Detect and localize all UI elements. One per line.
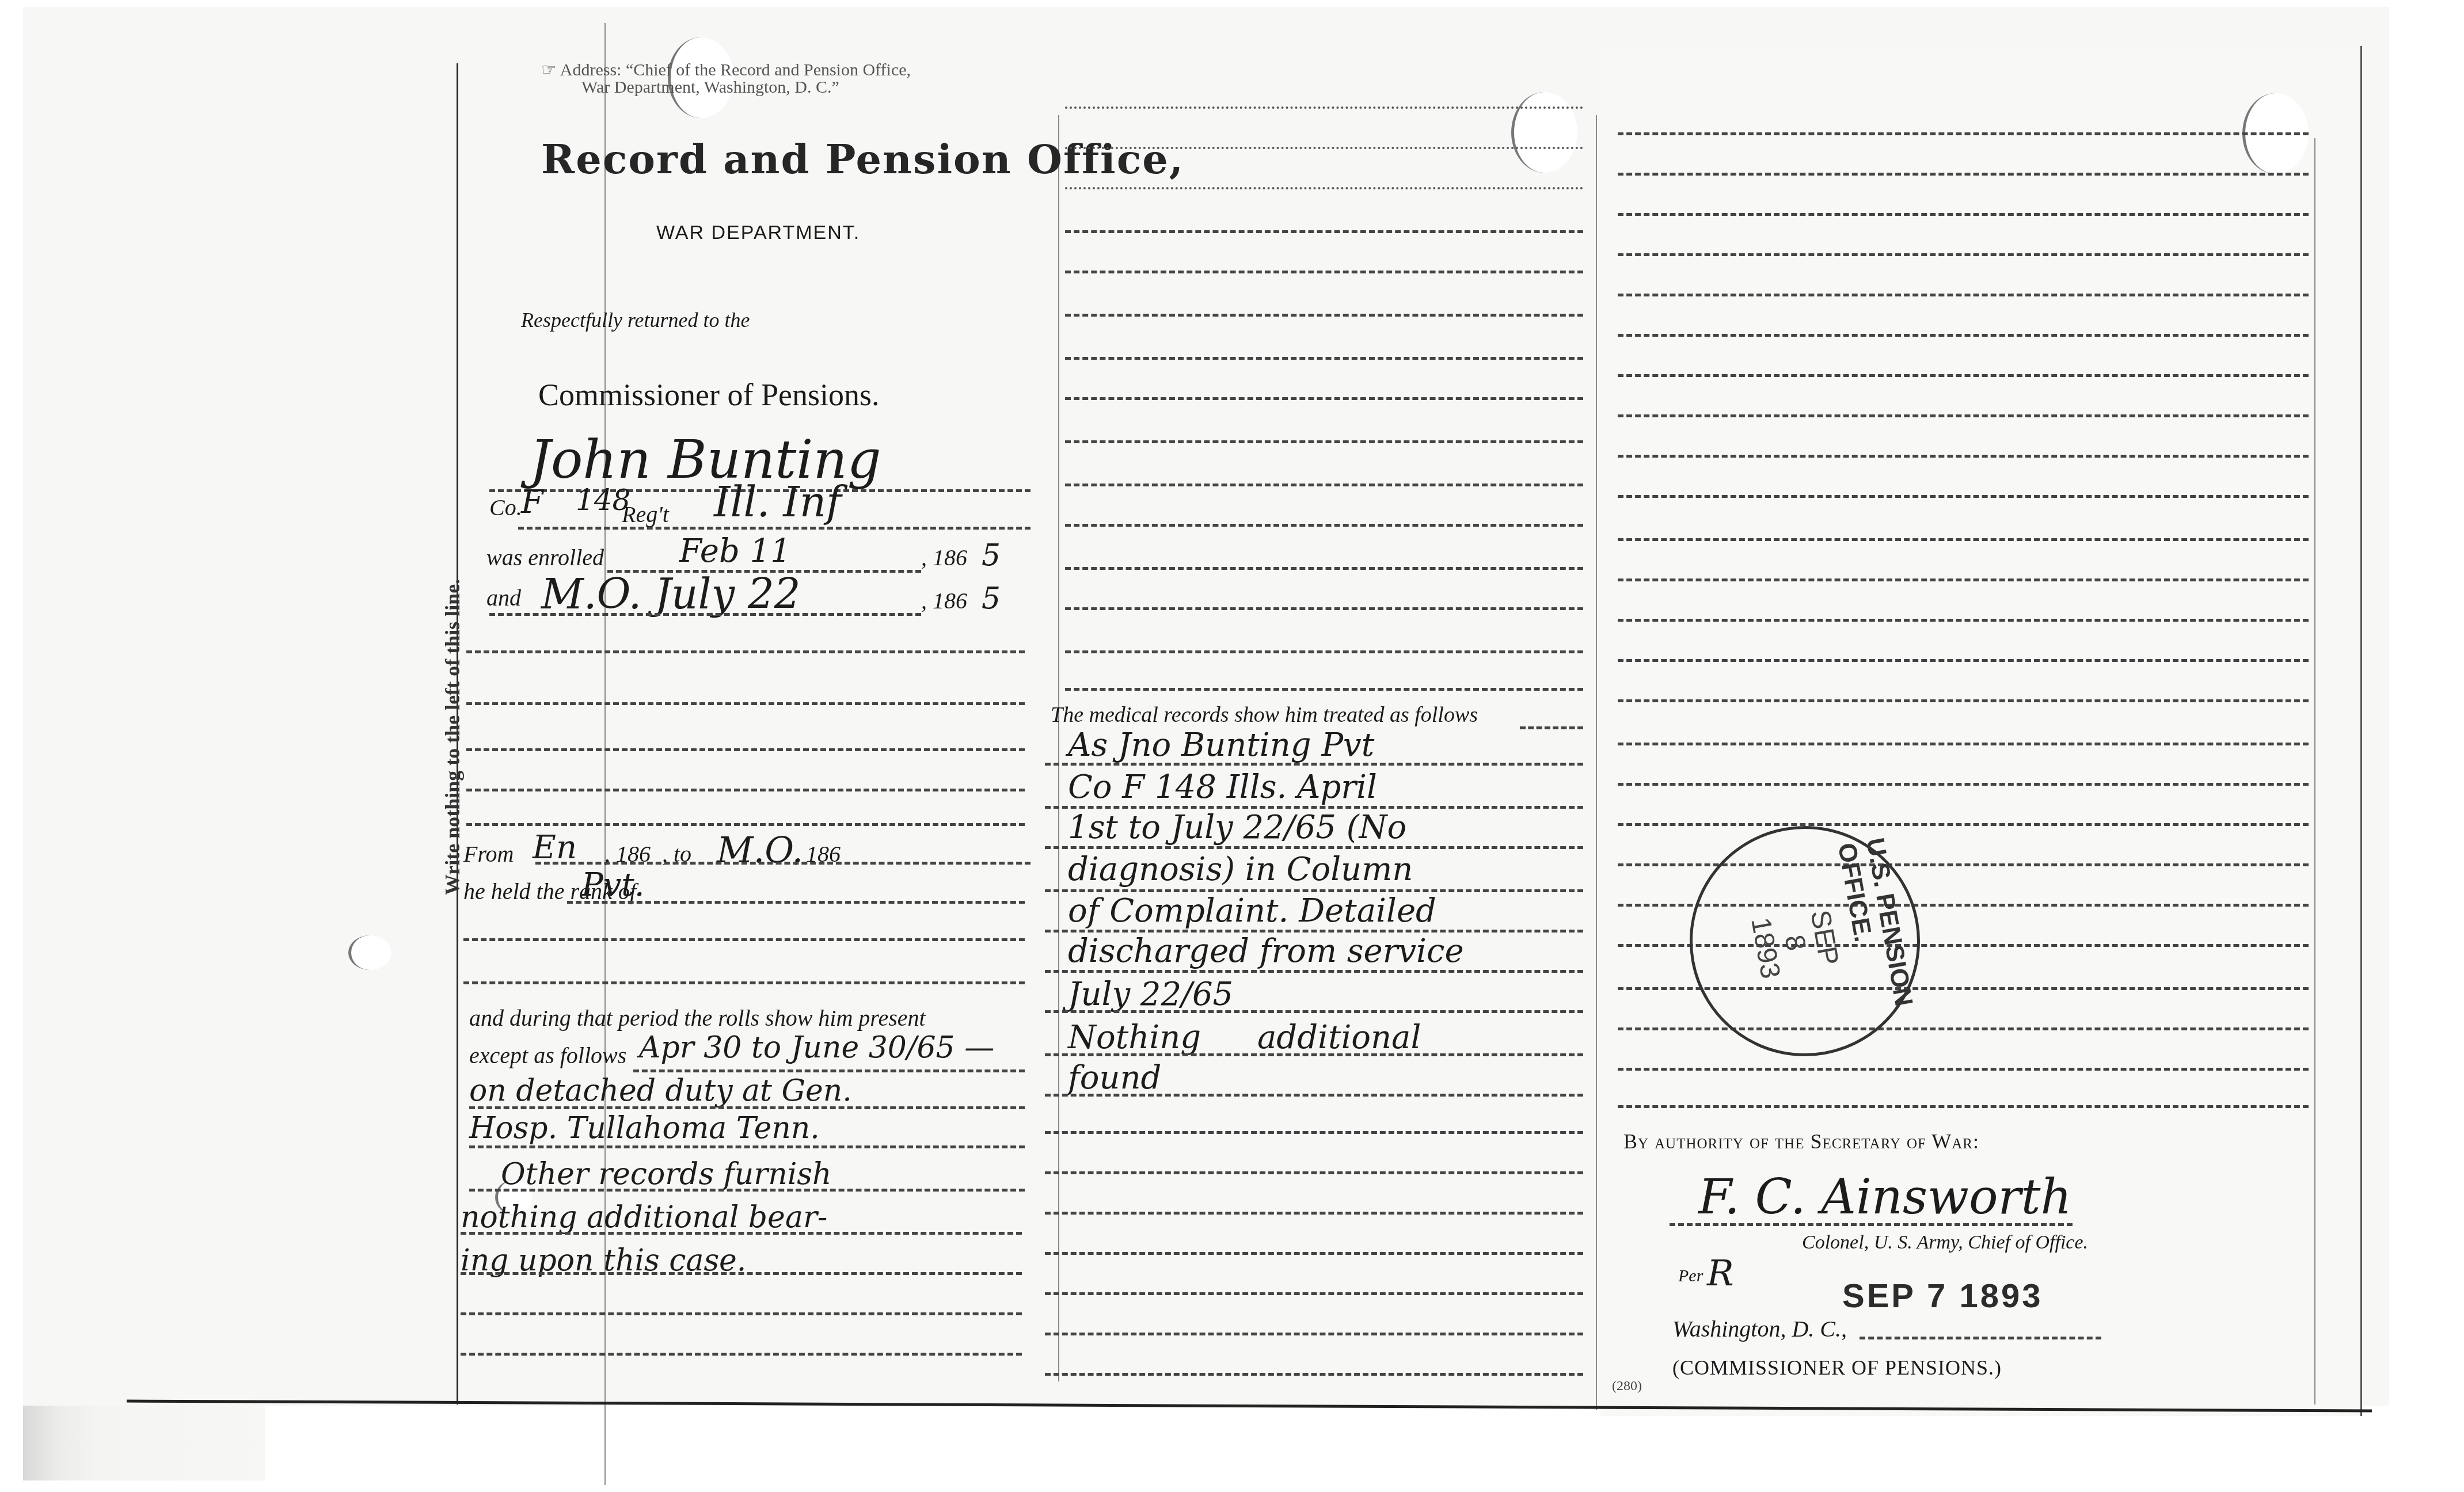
mid-rule-12 bbox=[1065, 567, 1583, 570]
office-title: Record and Pension Office, bbox=[541, 135, 1184, 183]
med-rule-8 bbox=[1045, 1053, 1583, 1056]
right-rule-8 bbox=[1618, 414, 2309, 417]
medical-entry-1: As Jno Bunting Pvt bbox=[1068, 726, 1374, 764]
right-rule-1 bbox=[1618, 132, 2309, 135]
regiment-state: Ill. Inf bbox=[714, 478, 842, 526]
med-rule-7 bbox=[1045, 1010, 1583, 1013]
date-stamp: SEP 7 1893 bbox=[1842, 1277, 2043, 1315]
enrolled-label: was enrolled bbox=[486, 544, 604, 571]
mid-rule-8 bbox=[1065, 397, 1583, 400]
med-rule-3 bbox=[1045, 846, 1583, 849]
remark-line-4: Other records furnish bbox=[501, 1157, 832, 1192]
and-label: and bbox=[486, 584, 521, 611]
address-note-line2: War Department, Washington, D. C.” bbox=[581, 78, 839, 97]
medical-entry-2: Co F 148 Ills. April bbox=[1068, 768, 1377, 806]
addressee: Commissioner of Pensions. bbox=[538, 377, 880, 413]
med-rule-16 bbox=[1045, 1373, 1583, 1376]
right-rule-25 bbox=[1618, 1105, 2309, 1108]
rule-blank-5 bbox=[466, 823, 1025, 826]
medical-entry-9: found bbox=[1068, 1059, 1161, 1097]
mid-rule-4 bbox=[1065, 230, 1583, 233]
med-rule-1 bbox=[1045, 763, 1583, 766]
right-rule-14 bbox=[1618, 659, 2309, 662]
location-label: Washington, D. C., bbox=[1672, 1315, 1847, 1342]
right-panel-rule bbox=[2314, 138, 2315, 1405]
regt-label: Reg't bbox=[622, 501, 669, 528]
remark-line-5: nothing additional bear- bbox=[461, 1200, 827, 1235]
rule-blank-4 bbox=[466, 789, 1025, 791]
right-rule-23 bbox=[1618, 1027, 2309, 1030]
location-rule bbox=[1860, 1337, 2101, 1339]
mid-rule-14 bbox=[1065, 650, 1583, 653]
rule-remark-3 bbox=[469, 1145, 1025, 1148]
right-rule-10 bbox=[1618, 495, 2309, 498]
rule-blank-8 bbox=[461, 1312, 1022, 1315]
except-label: except as follows bbox=[469, 1042, 626, 1069]
mid-rule-9 bbox=[1065, 440, 1583, 443]
right-rule-15 bbox=[1618, 699, 2309, 702]
right-rule-5 bbox=[1618, 294, 2309, 296]
rank-value: Pvt. bbox=[581, 866, 645, 904]
med-rule-11 bbox=[1045, 1171, 1583, 1174]
company-value: F bbox=[521, 484, 543, 521]
punch-hole-top-middle bbox=[1511, 92, 1577, 173]
punch-hole-left-lower bbox=[348, 935, 391, 970]
signer-title: Colonel, U. S. Army, Chief of Office. bbox=[1802, 1232, 2088, 1254]
rule-blank-6 bbox=[463, 938, 1025, 941]
rule-and bbox=[489, 613, 921, 616]
signature-rule bbox=[1670, 1223, 2073, 1226]
right-rule-18 bbox=[1618, 823, 2309, 826]
per-label: Per bbox=[1678, 1266, 1703, 1286]
rule-blank-7 bbox=[463, 981, 1025, 984]
remark-line-3: Hosp. Tullahoma Tenn. bbox=[469, 1111, 820, 1145]
remark-line-2: on detached duty at Gen. bbox=[469, 1074, 852, 1108]
med-rule-9 bbox=[1045, 1094, 1583, 1097]
med-rule-6 bbox=[1045, 970, 1583, 973]
right-rule-11 bbox=[1618, 538, 2309, 541]
address-note-line1: ☞ Address: “Chief of the Record and Pens… bbox=[541, 60, 911, 80]
medical-entry-7: July 22/65 bbox=[1068, 976, 1233, 1013]
remark-line-1: Apr 30 to June 30/65 — bbox=[639, 1030, 994, 1065]
rule-blank-1 bbox=[466, 650, 1025, 653]
med-rule-13 bbox=[1045, 1252, 1583, 1255]
med-rule-14 bbox=[1045, 1292, 1583, 1295]
margin-note: Write nothing to the left of this line. bbox=[440, 579, 465, 895]
medical-entry-3: 1st to July 22/65 (No bbox=[1068, 809, 1406, 846]
right-rule-24 bbox=[1618, 1068, 2309, 1071]
from-value: En bbox=[533, 829, 577, 866]
enrolled-date: Feb 11 bbox=[679, 532, 791, 570]
medical-entry-8: Nothing additional bbox=[1068, 1019, 1421, 1056]
medical-entry-5: of Complaint. Detailed bbox=[1068, 892, 1436, 930]
mid-rule-6 bbox=[1065, 314, 1583, 317]
authority-line: By authority of the Secretary of War: bbox=[1623, 1129, 1979, 1154]
rule-remark-1 bbox=[633, 1069, 1025, 1072]
right-rule-3 bbox=[1618, 213, 2309, 216]
med-rule-0 bbox=[1520, 726, 1583, 729]
med-rule-15 bbox=[1045, 1333, 1583, 1335]
right-rule-9 bbox=[1618, 455, 2309, 458]
muster-out-date: M.O. July 22 bbox=[541, 570, 801, 618]
right-rule-12 bbox=[1618, 578, 2309, 581]
rule-remark-5 bbox=[461, 1232, 1022, 1235]
mid-rule-2 bbox=[1065, 147, 1583, 149]
rule-from bbox=[535, 862, 1031, 865]
signature: F. C. Ainsworth bbox=[1698, 1169, 2072, 1225]
co-label: Co. bbox=[489, 494, 522, 521]
rule-blank-9 bbox=[461, 1353, 1022, 1356]
right-rule-13 bbox=[1618, 619, 2309, 622]
medical-entry-6: discharged from service bbox=[1068, 932, 1464, 970]
department-title: WAR DEPARTMENT. bbox=[656, 222, 860, 244]
medical-entry-4: diagnosis) in Column bbox=[1068, 851, 1413, 888]
enrolled-year-prefix: , 186 bbox=[921, 544, 967, 571]
mid-rule-15 bbox=[1065, 688, 1583, 691]
rule-blank-3 bbox=[466, 748, 1025, 751]
per-initial: R bbox=[1707, 1252, 1734, 1294]
rule-remark-2 bbox=[469, 1106, 1025, 1109]
right-rule-17 bbox=[1618, 783, 2309, 786]
mid-rule-10 bbox=[1065, 484, 1583, 486]
and-year-digit: 5 bbox=[982, 581, 1001, 616]
returned-to-label: Respectfully returned to the bbox=[521, 308, 750, 332]
rule-remark-6 bbox=[461, 1272, 1022, 1275]
period-label: and during that period the rolls show hi… bbox=[469, 1004, 926, 1032]
medical-label: The medical records show him treated as … bbox=[1051, 702, 1478, 728]
rule-remark-4 bbox=[469, 1189, 1025, 1192]
med-rule-10 bbox=[1045, 1131, 1583, 1134]
recipient-line: (COMMISSIONER OF PENSIONS.) bbox=[1672, 1356, 2002, 1380]
right-rule-16 bbox=[1618, 743, 2309, 745]
form-number: (280) bbox=[1612, 1379, 1642, 1394]
to-value: M.O. bbox=[717, 829, 803, 871]
enrolled-year-digit: 5 bbox=[982, 538, 1001, 573]
and-year-prefix: , 186 bbox=[921, 587, 967, 614]
rule-blank-2 bbox=[466, 702, 1025, 705]
mid-rule-11 bbox=[1065, 524, 1583, 527]
from-label: From bbox=[463, 840, 514, 867]
mid-rule-1 bbox=[1065, 106, 1583, 109]
middle-column-rule bbox=[1058, 115, 1059, 1381]
right-rule-6 bbox=[1618, 334, 2309, 337]
right-rule-2 bbox=[1618, 173, 2309, 176]
mid-rule-5 bbox=[1065, 271, 1583, 273]
med-rule-12 bbox=[1045, 1212, 1583, 1215]
mid-rule-13 bbox=[1065, 607, 1583, 610]
mid-rule-7 bbox=[1065, 357, 1583, 360]
rule-company bbox=[518, 527, 1031, 530]
right-rule-7 bbox=[1618, 374, 2309, 377]
right-column-rule bbox=[1596, 115, 1597, 1410]
right-rule-4 bbox=[1618, 253, 2309, 256]
mid-rule-3 bbox=[1065, 187, 1583, 189]
rule-rank bbox=[567, 901, 1025, 904]
